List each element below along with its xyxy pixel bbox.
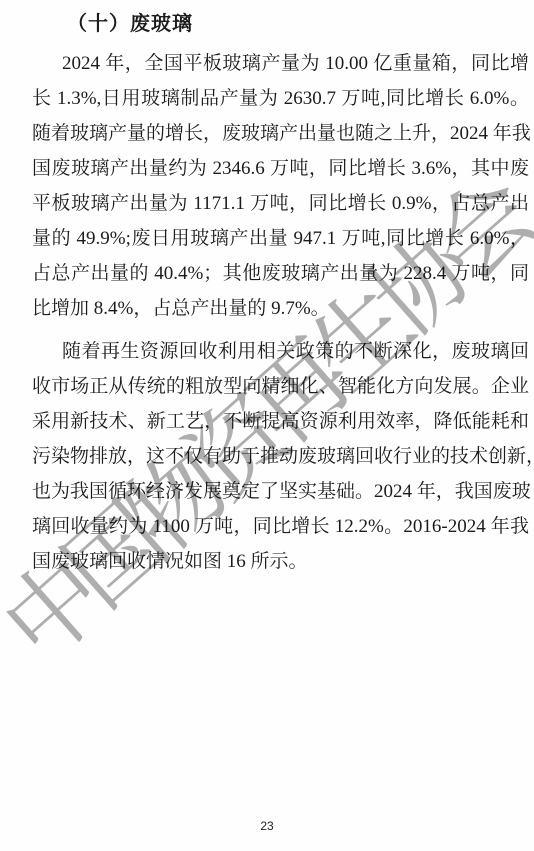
document-page: （十）废玻璃 2024 年，全国平板玻璃产量为 10.00 亿重量箱，同比增长 … (0, 0, 534, 851)
text-line: 量的 49.9%;废日用玻璃产出量 947.1 万吨,同比增长 6.0%， (32, 221, 529, 256)
document-body: （十）废玻璃 2024 年，全国平板玻璃产量为 10.00 亿重量箱，同比增长 … (32, 10, 529, 587)
body-paragraphs: 2024 年，全国平板玻璃产量为 10.00 亿重量箱，同比增长 1.3%,日用… (32, 46, 529, 579)
text-line: 长 1.3%,日用玻璃制品产量为 2630.7 万吨,同比增长 6.0%。 (32, 81, 529, 116)
text-line: 璃回收量约为 1100 万吨，同比增长 12.2%。2016-2024 年我 (32, 509, 529, 544)
text-line: 国废玻璃产出量约为 2346.6 万吨，同比增长 3.6%，其中废 (32, 151, 529, 186)
text-line: 占总产出量的 40.4%；其他废玻璃产出量为 228.4 万吨，同 (32, 256, 529, 291)
section-heading: （十）废玻璃 (32, 10, 529, 38)
text-line: 国废玻璃回收情况如图 16 所示。 (32, 544, 529, 579)
text-line: 平板玻璃产出量为 1171.1 万吨，同比增长 0.9%，占总产出 (32, 186, 529, 221)
paragraph: 随着再生资源回收利用相关政策的不断深化，废玻璃回收市场正从传统的粗放型向精细化、… (32, 334, 529, 579)
text-line: 随着再生资源回收利用相关政策的不断深化，废玻璃回 (32, 334, 529, 369)
text-line: 2024 年，全国平板玻璃产量为 10.00 亿重量箱，同比增 (32, 46, 529, 81)
text-line: 收市场正从传统的粗放型向精细化、智能化方向发展。企业 (32, 369, 529, 404)
paragraph: 2024 年，全国平板玻璃产量为 10.00 亿重量箱，同比增长 1.3%,日用… (32, 46, 529, 326)
text-line: 也为我国循环经济发展奠定了坚实基础。2024 年，我国废玻 (32, 474, 529, 509)
text-line: 随着玻璃产量的增长，废玻璃产出量也随之上升，2024 年我 (32, 116, 529, 151)
text-line: 比增加 8.4%，占总产出量的 9.7%。 (32, 291, 529, 326)
text-line: 采用新技术、新工艺，不断提高资源利用效率，降低能耗和 (32, 404, 529, 439)
text-line: 污染物排放，这不仅有助于推动废玻璃回收行业的技术创新， (32, 439, 529, 474)
page-number: 23 (0, 819, 534, 833)
